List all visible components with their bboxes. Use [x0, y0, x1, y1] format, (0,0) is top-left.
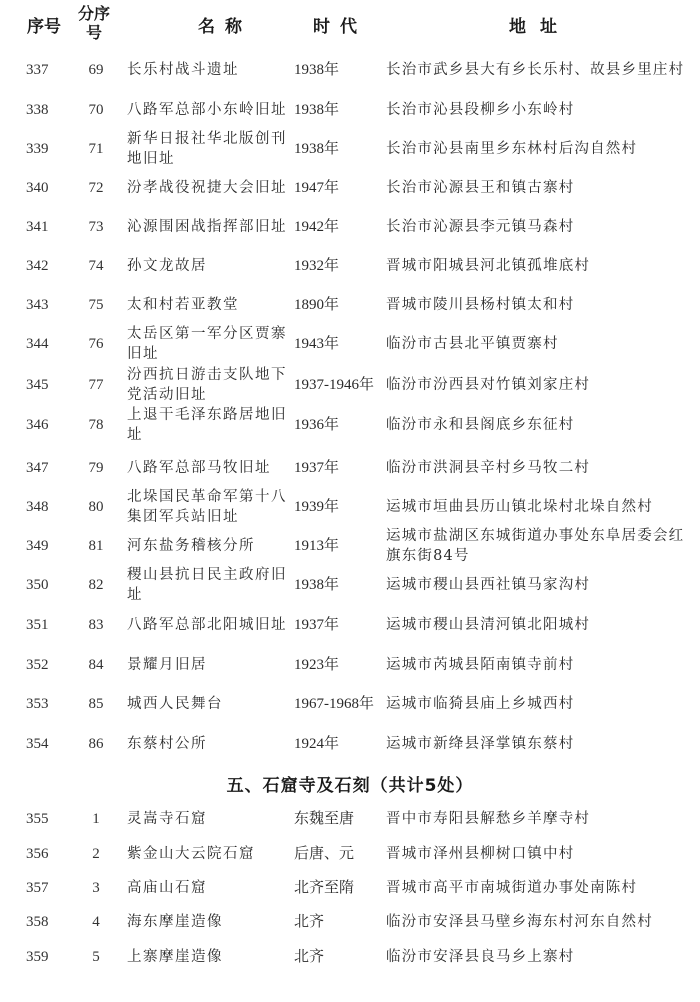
table-row: 3584海东摩崖造像北齐临汾市安泽县马壁乡海东村河东自然村	[0, 902, 700, 942]
row-address: 临汾市安泽县马壁乡海东村河东自然村	[386, 912, 694, 932]
row-sub-seq: 69	[80, 60, 112, 80]
row-seq: 350	[26, 575, 66, 595]
header-sub-seq: 分序 号	[74, 4, 114, 42]
row-seq: 355	[26, 809, 66, 829]
table-row: 34274孙文龙故居1932年晋城市阳城县河北镇孤堆底村	[0, 246, 700, 286]
row-era: 后唐、元	[294, 844, 376, 864]
row-sub-seq: 5	[80, 947, 112, 967]
row-name: 河东盐务稽核分所	[127, 536, 287, 556]
row-seq: 358	[26, 912, 66, 932]
row-name: 汾孝战役祝捷大会旧址	[127, 178, 287, 198]
table-row: 34577汾西抗日游击支队地下党活动旧址1937-1946年临汾市汾西县对竹镇刘…	[0, 365, 700, 405]
table-row: 33870八路军总部小东岭旧址1938年长治市沁县段柳乡小东岭村	[0, 90, 700, 130]
row-era: 1942年	[294, 217, 376, 237]
row-address: 晋中市寿阳县解愁乡羊摩寺村	[386, 809, 694, 829]
row-address: 运城市新绛县泽掌镇东蔡村	[386, 734, 694, 754]
row-seq: 354	[26, 734, 66, 754]
row-seq: 340	[26, 178, 66, 198]
row-address: 晋城市阳城县河北镇孤堆底村	[386, 256, 694, 276]
row-seq: 337	[26, 60, 66, 80]
row-era: 1943年	[294, 334, 376, 354]
row-address: 长治市沁县南里乡东林村后沟自然村	[386, 139, 694, 159]
row-seq: 345	[26, 375, 66, 395]
row-address: 临汾市永和县阁底乡东征村	[386, 415, 694, 435]
row-sub-seq: 72	[80, 178, 112, 198]
table-row: 33971新华日报社华北版创刊地旧址1938年长治市沁县南里乡东林村后沟自然村	[0, 129, 700, 169]
row-sub-seq: 82	[80, 575, 112, 595]
row-era: 1967-1968年	[294, 694, 376, 714]
row-era: 1938年	[294, 139, 376, 159]
row-address: 运城市芮城县陌南镇寺前村	[386, 655, 694, 675]
table-row: 34072汾孝战役祝捷大会旧址1947年长治市沁源县王和镇古寨村	[0, 168, 700, 208]
row-address: 运城市盐湖区东城街道办事处东阜居委会红旗东街84号	[386, 526, 694, 566]
row-name: 长乐村战斗遗址	[127, 60, 287, 80]
row-era: 1937-1946年	[294, 375, 376, 395]
row-era: 1939年	[294, 497, 376, 517]
row-seq: 339	[26, 139, 66, 159]
row-era: 1932年	[294, 256, 376, 276]
row-sub-seq: 86	[80, 734, 112, 754]
row-address: 运城市垣曲县历山镇北垛村北垛自然村	[386, 497, 694, 517]
row-address: 长治市沁源县王和镇古寨村	[386, 178, 694, 198]
table-row: 34678上退干毛泽东路居地旧址1936年临汾市永和县阁底乡东征村	[0, 405, 700, 445]
row-address: 临汾市安泽县良马乡上寨村	[386, 947, 694, 967]
row-era: 北齐至隋	[294, 878, 376, 898]
row-seq: 353	[26, 694, 66, 714]
table-row: 34981河东盐务稽核分所1913年运城市盐湖区东城街道办事处东阜居委会红旗东街…	[0, 526, 700, 566]
row-name: 八路军总部北阳城旧址	[127, 615, 287, 635]
row-seq: 359	[26, 947, 66, 967]
table-row: 34779八路军总部马牧旧址1937年临汾市洪洞县辛村乡马牧二村	[0, 448, 700, 488]
row-address: 临汾市古县北平镇贾寨村	[386, 334, 694, 354]
row-name: 太和村若亚教堂	[127, 295, 287, 315]
row-era: 1938年	[294, 100, 376, 120]
row-address: 运城市稷山县西社镇马家沟村	[386, 575, 694, 595]
table-row: 35183八路军总部北阳城旧址1937年运城市稷山县清河镇北阳城村	[0, 605, 700, 645]
row-name: 东蔡村公所	[127, 734, 287, 754]
row-era: 1937年	[294, 615, 376, 635]
row-sub-seq: 71	[80, 139, 112, 159]
table-row: 34476太岳区第一军分区贾寨旧址1943年临汾市古县北平镇贾寨村	[0, 324, 700, 364]
section-title: 五、石窟寺及石刻（共计5处）	[0, 771, 700, 796]
row-sub-seq: 84	[80, 655, 112, 675]
row-sub-seq: 80	[80, 497, 112, 517]
row-sub-seq: 4	[80, 912, 112, 932]
row-seq: 348	[26, 497, 66, 517]
header-era: 时代	[300, 12, 380, 37]
row-name: 八路军总部马牧旧址	[127, 458, 287, 478]
table-row: 34375太和村若亚教堂1890年晋城市陵川县杨村镇太和村	[0, 285, 700, 325]
row-name: 北垛国民革命军第十八集团军兵站旧址	[127, 487, 287, 527]
row-seq: 347	[26, 458, 66, 478]
row-sub-seq: 77	[80, 375, 112, 395]
row-era: 1924年	[294, 734, 376, 754]
row-name: 紫金山大云院石窟	[127, 844, 287, 864]
table-row: 3551灵嵩寺石窟东魏至唐晋中市寿阳县解愁乡羊摩寺村	[0, 799, 700, 839]
row-seq: 338	[26, 100, 66, 120]
table-row: 35082稷山县抗日民主政府旧址1938年运城市稷山县西社镇马家沟村	[0, 565, 700, 605]
row-address: 晋城市高平市南城街道办事处南陈村	[386, 878, 694, 898]
row-name: 高庙山石窟	[127, 878, 287, 898]
row-seq: 356	[26, 844, 66, 864]
table-row: 3595上寨摩崖造像北齐临汾市安泽县良马乡上寨村	[0, 937, 700, 977]
row-era: 北齐	[294, 912, 376, 932]
table-row: 34173沁源围困战指挥部旧址1942年长治市沁源县李元镇马森村	[0, 207, 700, 247]
table-row: 33769长乐村战斗遗址1938年长治市武乡县大有乡长乐村、故县乡里庄村	[0, 50, 700, 90]
row-era: 1947年	[294, 178, 376, 198]
row-seq: 344	[26, 334, 66, 354]
row-address: 运城市稷山县清河镇北阳城村	[386, 615, 694, 635]
row-name: 海东摩崖造像	[127, 912, 287, 932]
row-name: 孙文龙故居	[127, 256, 287, 276]
row-sub-seq: 74	[80, 256, 112, 276]
row-seq: 346	[26, 415, 66, 435]
row-sub-seq: 83	[80, 615, 112, 635]
row-sub-seq: 78	[80, 415, 112, 435]
row-era: 1913年	[294, 536, 376, 556]
row-era: 1890年	[294, 295, 376, 315]
row-sub-seq: 1	[80, 809, 112, 829]
row-name: 稷山县抗日民主政府旧址	[127, 565, 287, 605]
table-row: 34880北垛国民革命军第十八集团军兵站旧址1939年运城市垣曲县历山镇北垛村北…	[0, 487, 700, 527]
row-address: 长治市沁源县李元镇马森村	[386, 217, 694, 237]
row-name: 景耀月旧居	[127, 655, 287, 675]
header-name: 名称	[170, 12, 280, 37]
row-address: 晋城市陵川县杨村镇太和村	[386, 295, 694, 315]
row-name: 八路军总部小东岭旧址	[127, 100, 287, 120]
row-seq: 341	[26, 217, 66, 237]
row-name: 城西人民舞台	[127, 694, 287, 714]
row-seq: 351	[26, 615, 66, 635]
row-seq: 357	[26, 878, 66, 898]
row-era: 1923年	[294, 655, 376, 675]
table-row: 35486东蔡村公所1924年运城市新绛县泽掌镇东蔡村	[0, 724, 700, 764]
row-era: 1937年	[294, 458, 376, 478]
row-address: 晋城市泽州县柳树口镇中村	[386, 844, 694, 864]
row-name: 沁源围困战指挥部旧址	[127, 217, 287, 237]
row-name: 太岳区第一军分区贾寨旧址	[127, 324, 287, 364]
row-sub-seq: 79	[80, 458, 112, 478]
row-seq: 349	[26, 536, 66, 556]
row-era: 东魏至唐	[294, 809, 376, 829]
row-sub-seq: 75	[80, 295, 112, 315]
row-name: 上退干毛泽东路居地旧址	[127, 405, 287, 445]
row-sub-seq: 73	[80, 217, 112, 237]
row-era: 1936年	[294, 415, 376, 435]
row-sub-seq: 85	[80, 694, 112, 714]
table-row: 35284景耀月旧居1923年运城市芮城县陌南镇寺前村	[0, 645, 700, 685]
row-address: 临汾市汾西县对竹镇刘家庄村	[386, 375, 694, 395]
row-sub-seq: 76	[80, 334, 112, 354]
row-seq: 343	[26, 295, 66, 315]
table-row: 35385城西人民舞台1967-1968年运城市临猗县庙上乡城西村	[0, 684, 700, 724]
row-era: 北齐	[294, 947, 376, 967]
row-era: 1938年	[294, 575, 376, 595]
row-name: 新华日报社华北版创刊地旧址	[127, 129, 287, 169]
row-address: 运城市临猗县庙上乡城西村	[386, 694, 694, 714]
row-name: 上寨摩崖造像	[127, 947, 287, 967]
row-name: 汾西抗日游击支队地下党活动旧址	[127, 365, 287, 405]
row-address: 长治市武乡县大有乡长乐村、故县乡里庄村	[386, 60, 694, 80]
row-sub-seq: 2	[80, 844, 112, 864]
table-header: 序号 分序 号 名称 时代 地址	[0, 0, 700, 50]
row-sub-seq: 70	[80, 100, 112, 120]
row-sub-seq: 3	[80, 878, 112, 898]
header-address: 地址	[480, 12, 600, 37]
row-sub-seq: 81	[80, 536, 112, 556]
header-seq: 序号	[20, 12, 68, 37]
row-era: 1938年	[294, 60, 376, 80]
row-address: 长治市沁县段柳乡小东岭村	[386, 100, 694, 120]
row-address: 临汾市洪洞县辛村乡马牧二村	[386, 458, 694, 478]
row-name: 灵嵩寺石窟	[127, 809, 287, 829]
row-seq: 352	[26, 655, 66, 675]
row-seq: 342	[26, 256, 66, 276]
